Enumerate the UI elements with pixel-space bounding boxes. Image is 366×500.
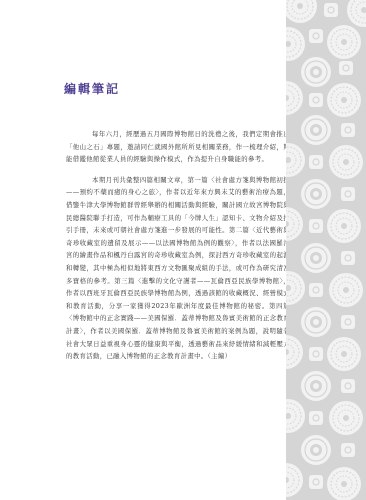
- paragraph-1: 每年六月，經歷過五月國際博物館日的洗禮之後，我們定期會推出「他山之石」專題，邀請…: [66, 128, 290, 166]
- decorative-pattern-panel: [286, 0, 366, 500]
- lace-pattern-icon: [286, 0, 366, 500]
- page-content: 編輯筆記 每年六月，經歷過五月國際博物館日的洗禮之後，我們定期會推出「他山之石」…: [0, 0, 286, 500]
- page-title: 編輯筆記: [64, 80, 120, 97]
- paragraph-2: 本期月刊共彙整四篇相關文章，第一篇〈社會處方箋與博物館初探——預約不藥而癒的身心…: [66, 174, 290, 363]
- editorial-body: 每年六月，經歷過五月國際博物館日的洗禮之後，我們定期會推出「他山之石」專題，邀請…: [66, 128, 290, 371]
